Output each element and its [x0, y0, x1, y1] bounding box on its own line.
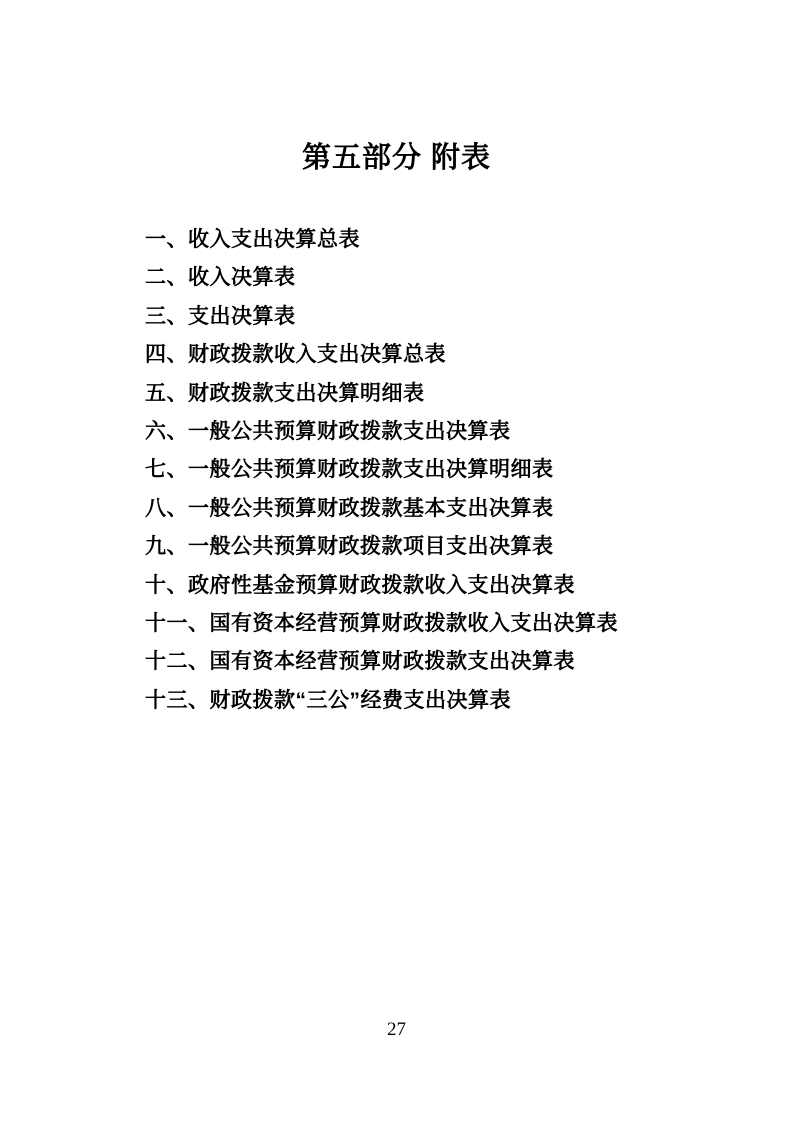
toc-item: 六、一般公共预算财政拨款支出决算表 [145, 413, 705, 451]
document-page: 第五部分 附表 一、收入支出决算总表 二、收入决算表 三、支出决算表 四、财政拨… [0, 0, 793, 1122]
toc-item: 三、支出决算表 [145, 298, 705, 336]
toc-item: 二、收入决算表 [145, 259, 705, 297]
toc-item: 十一、国有资本经营预算财政拨款收入支出决算表 [145, 605, 705, 643]
toc-item: 八、一般公共预算财政拨款基本支出决算表 [145, 490, 705, 528]
toc-item: 一、收入支出决算总表 [145, 221, 705, 259]
toc-item: 十、政府性基金预算财政拨款收入支出决算表 [145, 567, 705, 605]
toc-item: 七、一般公共预算财政拨款支出决算明细表 [145, 451, 705, 489]
toc-item: 五、财政拨款支出决算明细表 [145, 375, 705, 413]
page-title: 第五部分 附表 [0, 141, 793, 175]
toc-item: 十二、国有资本经营预算财政拨款支出决算表 [145, 643, 705, 681]
toc-item: 九、一般公共预算财政拨款项目支出决算表 [145, 528, 705, 566]
toc-item: 十三、财政拨款“三公”经费支出决算表 [145, 682, 705, 720]
toc-item: 四、财政拨款收入支出决算总表 [145, 336, 705, 374]
page-number: 27 [0, 1018, 793, 1042]
toc-list: 一、收入支出决算总表 二、收入决算表 三、支出决算表 四、财政拨款收入支出决算总… [145, 221, 705, 720]
